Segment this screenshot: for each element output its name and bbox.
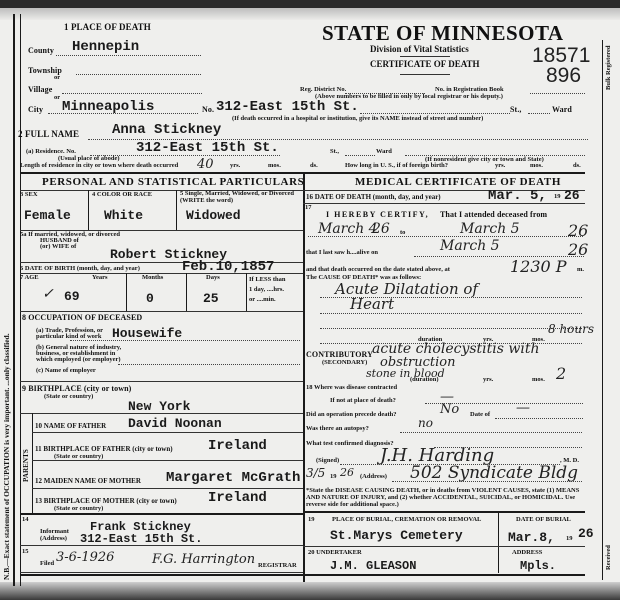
or-label: or — [54, 74, 60, 81]
father-label: 10 NAME OF FATHER — [35, 422, 106, 430]
filed-num: 15 — [22, 548, 29, 555]
rule — [20, 413, 303, 414]
occupation-industry-label: (b) General nature of industry, business… — [36, 345, 126, 363]
length-of-residence-label: Length of residence in city or town wher… — [20, 162, 178, 169]
informant-num: 14 — [22, 516, 29, 523]
if-not-label: If not at place of death? — [330, 397, 396, 404]
undertaker-address-value: Mpls. — [520, 559, 556, 573]
dotted-line — [62, 93, 202, 94]
certify-label: I HEREBY CERTIFY, — [326, 210, 429, 219]
physician-address: 502 Syndicate Bldg — [410, 463, 578, 483]
us-residence-label: How long in U. S., if of foreign birth? — [345, 162, 448, 169]
operation-label: Did an operation precede death? — [306, 411, 397, 418]
occurred-label: and that death occurred on the date stat… — [306, 266, 450, 273]
date-of-value: — — [516, 400, 530, 416]
date-of-label: Date of — [470, 411, 490, 418]
city-value: Minneapolis — [62, 99, 154, 115]
hours-label: 1 day, ....hrs. — [249, 286, 284, 293]
year-prefix: 19 — [330, 473, 337, 480]
secondary-label: (SECONDARY) — [322, 359, 367, 366]
filed-date: 3-6-1926 — [56, 550, 114, 565]
occupation-heading: 8 OCCUPATION OF DECEASED — [22, 313, 142, 322]
contrib-duration-value: 2 — [556, 364, 566, 383]
informant-label: Informant — [40, 528, 69, 535]
rule — [32, 432, 303, 433]
age-years-value: 69 — [64, 289, 80, 304]
death-year: 26 — [564, 188, 580, 203]
physician-address-label: (Address) — [360, 473, 387, 480]
margin-received: Received — [605, 545, 612, 570]
dotted-line — [400, 432, 582, 433]
cell-divider — [88, 190, 89, 230]
ward-label: Ward — [552, 105, 572, 114]
yrs-label: yrs. — [483, 376, 493, 383]
burial-date-label: DATE OF BURIAL — [516, 516, 571, 523]
death-certificate: N.B.—Exact statement of OCCUPATION is ve… — [0, 0, 620, 600]
mother-birthplace-label: 13 BIRTHPLACE OF MOTHER (city or town) — [35, 497, 177, 505]
scan-bottom-edge — [0, 582, 620, 600]
footnote: *State the DISEASE CAUSING DEATH, or in … — [306, 487, 586, 508]
dob-label: 6 DATE OF BIRTH (month, day, and year) — [20, 265, 140, 272]
color-label: 4 COLOR OR RACE — [92, 191, 152, 198]
yrs-label: yrs. — [230, 162, 240, 169]
no-label: No. — [202, 105, 214, 114]
wife-of-label: (or) WIFE of — [40, 243, 76, 250]
right-border — [602, 40, 603, 580]
color-value: White — [104, 208, 143, 223]
undertaker-address-label: ADDRESS — [512, 549, 542, 556]
operation-value: No — [440, 402, 459, 417]
city-label: City — [28, 105, 43, 114]
rule — [32, 488, 303, 489]
dotted-line — [70, 340, 300, 341]
place-of-death-heading: 1 PLACE OF DEATH — [64, 22, 151, 32]
undertaker-value: J.M. GLEASON — [330, 559, 416, 573]
informant-address-value: 312-East 15th St. — [80, 532, 202, 546]
residence-label: (a) Residence. No. — [26, 148, 76, 155]
certify-rest: That I attended deceased from — [440, 210, 547, 219]
section-divider — [303, 511, 585, 513]
mos-label: mos. — [532, 376, 545, 383]
scan-top-edge — [0, 0, 620, 8]
signature-date: 3/5 — [306, 466, 325, 480]
rule — [20, 311, 303, 312]
m-label: m. — [577, 266, 584, 273]
certificate-title: CERTIFICATE OF DEATH — [370, 59, 480, 69]
dotted-line — [345, 155, 375, 156]
attended-to: March 5 — [460, 221, 520, 237]
abode-note: (Usual place of abode) — [58, 155, 120, 162]
sex-value: Female — [24, 208, 71, 223]
registration-number: 896 — [546, 64, 581, 88]
margin-bulk-registered: Bulk Registered — [605, 46, 612, 90]
father-birthplace-label: 11 BIRTHPLACE OF FATHER (city or town) — [35, 445, 173, 453]
signed-label: (Signed) — [316, 457, 339, 464]
st-label: St., — [330, 148, 339, 155]
item-19: 19 — [308, 516, 315, 523]
full-name-label: 2 FULL NAME — [18, 129, 79, 139]
reg-book-label: No. in Registration Book — [435, 86, 504, 93]
medical-heading: MEDICAL CERTIFICATE OF DEATH — [355, 176, 561, 188]
less-than-label: If LESS than — [249, 276, 286, 283]
left-border-inner — [20, 14, 21, 586]
st-label: St., — [510, 105, 522, 114]
street-value: 312-East 15th St. — [216, 99, 359, 115]
mother-birthplace-sub: (State or country) — [54, 505, 103, 512]
burial-year: 26 — [578, 526, 594, 541]
residence-value: 312-East 15th St. — [136, 140, 279, 156]
burial-place-value: St.Marys Cemetery — [330, 528, 463, 543]
undertaker-label: 20 UNDERTAKER — [308, 549, 362, 556]
years-label: Years — [92, 274, 108, 281]
full-name-value: Anna Stickney — [112, 122, 221, 138]
age-days-value: 25 — [203, 291, 219, 306]
birthplace-sub: (State or country) — [44, 393, 93, 400]
margin-occupation-note: N.B.—Exact statement of OCCUPATION is ve… — [2, 333, 11, 580]
attended-from: March 4 — [318, 221, 378, 237]
father-birthplace-value: Ireland — [208, 438, 267, 454]
father-birthplace-sub: (State or country) — [54, 453, 103, 460]
dotted-line — [320, 313, 582, 314]
registrar-label: REGISTRAR — [258, 562, 297, 569]
scan-top-fade — [0, 8, 620, 20]
registrar-signature: F.G. Harrington — [152, 552, 255, 567]
village-label: Village — [28, 85, 52, 94]
county-value: Hennepin — [72, 39, 139, 55]
attended-from-year: 26 — [372, 221, 390, 237]
length-of-residence-value: 40 — [197, 157, 214, 172]
signature-year: 26 — [340, 466, 354, 479]
age-months-value: 0 — [146, 291, 154, 306]
to-label: to — [400, 229, 405, 236]
section-divider — [20, 513, 303, 515]
employer-label: (c) Name of employer — [36, 367, 96, 374]
dotted-line — [360, 113, 510, 114]
burial-place-label: PLACE OF BURIAL, CREMATION OR REMOVAL — [332, 516, 481, 523]
personal-heading: PERSONAL AND STATISTICAL PARTICULARS — [42, 176, 304, 188]
state-title: STATE OF MINNESOTA — [322, 21, 564, 46]
minutes-label: or ....min. — [249, 296, 276, 303]
burial-date-value: Mar.8, — [508, 530, 555, 545]
attended-to-year: 26 — [568, 221, 588, 240]
rule — [20, 545, 303, 546]
year-prefix: 19 — [554, 193, 561, 200]
months-label: Months — [142, 274, 163, 281]
date-of-death-label: 16 DATE OF DEATH (month, day, and year) — [306, 193, 441, 201]
rule — [400, 56, 450, 57]
mother-label: 12 MAIDEN NAME OF MOTHER — [35, 477, 141, 485]
age-checkmark: ✓ — [42, 286, 54, 302]
county-label: County — [28, 46, 54, 55]
dotted-line — [495, 418, 583, 419]
dotted-line — [56, 55, 201, 56]
dotted-line — [530, 93, 585, 94]
sex-label: 3 SEX — [20, 191, 38, 198]
informant-address-label: (Address) — [40, 535, 67, 542]
days-label: Days — [206, 274, 220, 281]
dotted-line — [308, 236, 583, 237]
rule — [20, 572, 303, 573]
dotted-line — [320, 328, 582, 329]
ds-label: ds. — [310, 162, 318, 169]
last-saw-label: that I last saw h....alive on — [306, 249, 378, 256]
mother-value: Margaret McGrath — [166, 470, 300, 486]
cell-divider — [498, 511, 499, 573]
cell-divider — [246, 273, 247, 311]
or-label: or — [54, 94, 60, 101]
date-of-death-value: Mar. 5, — [488, 188, 547, 204]
mos-label: mos. — [268, 162, 281, 169]
occupation-value: Housewife — [112, 326, 182, 341]
parents-divider — [32, 413, 33, 513]
marital-value: Widowed — [186, 208, 241, 223]
dotted-line — [392, 481, 582, 482]
left-border — [13, 14, 15, 586]
ward-label: Ward — [376, 148, 392, 155]
father-value: David Noonan — [128, 416, 222, 431]
last-saw-value: March 5 — [440, 238, 500, 254]
occupation-trade-label: (a) Trade, Profession, or particular kin… — [36, 328, 116, 340]
parents-label: PARENTS — [22, 449, 30, 482]
year-prefix: 19 — [566, 535, 573, 542]
division-title: Division of Vital Statistics — [370, 44, 469, 54]
autopsy-label: Was there an autopsy? — [306, 425, 369, 432]
rule — [20, 381, 303, 382]
rule — [303, 546, 585, 547]
ds-label: ds. — [573, 162, 581, 169]
age-label: 7 AGE — [20, 274, 39, 281]
mos-label: mos. — [530, 162, 543, 169]
mother-birthplace-value: Ireland — [208, 490, 267, 506]
item-17: 17 — [305, 204, 312, 211]
cause-line2: Heart — [350, 295, 394, 313]
bottom-rule — [20, 574, 585, 576]
dotted-line — [528, 113, 550, 114]
dotted-line — [118, 364, 300, 365]
duration-value: 8 hours — [548, 322, 594, 336]
rule — [400, 74, 450, 75]
dotted-line — [76, 74, 201, 75]
yrs-label: yrs. — [495, 162, 505, 169]
autopsy-value: no — [418, 416, 433, 430]
cell-divider — [176, 190, 177, 230]
cell-divider — [186, 273, 187, 311]
time-of-death: 1230 P — [510, 257, 567, 276]
rule — [32, 460, 303, 461]
where-contracted-label: 18 Where was disease contracted — [306, 384, 397, 391]
birthplace-label: 9 BIRTHPLACE (city or town) — [22, 384, 131, 393]
contrib-duration-label: (duration) — [410, 376, 439, 383]
reg-district-label: Reg. District No. — [300, 86, 346, 93]
contributory-label: CONTRIBUTORY — [306, 350, 373, 359]
marital-label: 5 Single, Married, Widowed, or Divorced … — [180, 190, 302, 204]
birthplace-value: New York — [128, 399, 190, 414]
rule — [303, 203, 585, 204]
cell-divider — [126, 273, 127, 311]
column-divider — [303, 172, 305, 582]
hospital-note: (If death occurred in a hospital or inst… — [232, 115, 483, 122]
filed-label: Filed — [40, 560, 54, 567]
